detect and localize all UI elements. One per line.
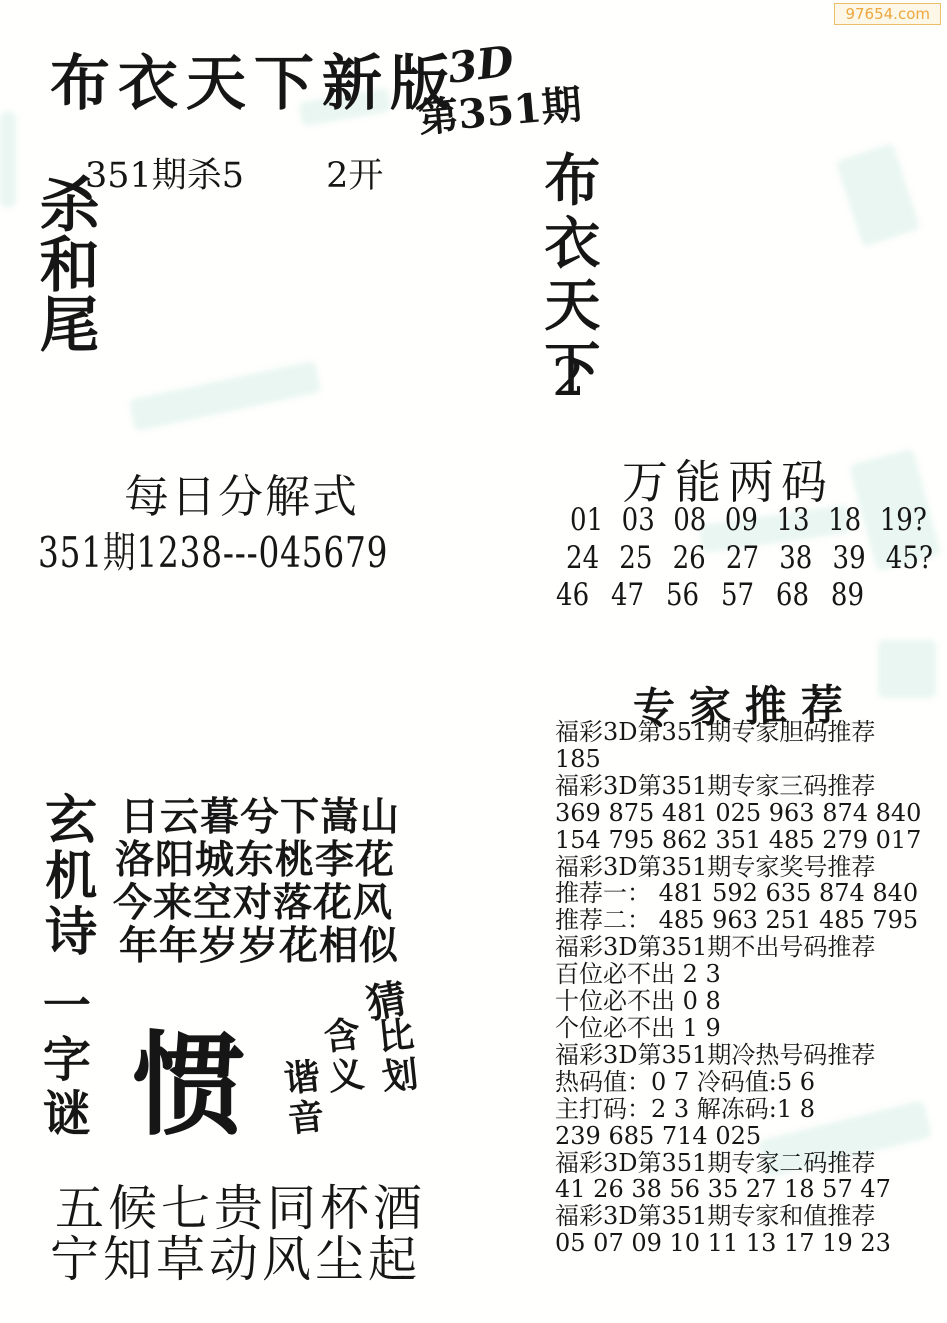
expert-line: 福彩3D第351期专家胆码推荐	[555, 719, 940, 746]
kill-line: 351期杀5 2开	[85, 148, 383, 198]
expert-line: 福彩3D第351期专家二码推荐	[555, 1150, 940, 1177]
code-cell: 38	[779, 540, 812, 576]
expert-line: 福彩3D第351期冷热号码推荐	[555, 1042, 940, 1069]
open-result-text: 2开	[326, 148, 383, 198]
code-cell: 25	[619, 540, 652, 576]
bottom-poem-line: 宁知草动风尘起	[50, 1221, 421, 1291]
site-watermark: 97654.com	[834, 3, 941, 25]
expert-line: 41 26 38 56 35 27 18 57 47	[555, 1176, 940, 1203]
code-cell: 39	[833, 540, 866, 576]
expert-line: 05 07 09 10 11 13 17 19 23	[555, 1230, 940, 1257]
code-cell: 27	[726, 540, 759, 576]
code-cell: 46	[556, 577, 589, 613]
watermark-smudge	[129, 361, 322, 432]
daily-decompose-formula: 351期1238---045679	[38, 520, 388, 580]
code-cell: 01	[570, 502, 603, 538]
code-cell: 08	[673, 502, 706, 538]
expert-line: 十位必不出 0 8	[555, 988, 940, 1015]
expert-line: 主打码：2 3 解冻码:1 8	[555, 1096, 940, 1123]
expert-line: 239 685 714 025	[555, 1123, 940, 1150]
expert-line: 个位必不出 1 9	[555, 1015, 940, 1042]
lottery-chart-sheet: 97654.com 布衣天下新版 3D 第351期 351期杀5 2开 杀和尾 …	[0, 0, 947, 1323]
code-cell: 26	[673, 540, 706, 576]
kill-sum-tail-label: 杀和尾	[36, 176, 103, 356]
expert-line: 热码值：0 7 冷码值:5 6	[555, 1069, 940, 1096]
expert-line: 百位必不出 2 3	[555, 961, 940, 988]
watermark-smudge	[878, 640, 936, 698]
expert-line: 福彩3D第351期专家和值推荐	[555, 1203, 940, 1230]
daily-decompose-title: 每日分解式	[124, 460, 359, 525]
expert-line: 福彩3D第351期专家三码推荐	[555, 773, 940, 800]
expert-line: 185	[555, 746, 940, 773]
code-cell: 68	[776, 577, 809, 613]
code-cell: 13	[776, 502, 809, 538]
two-codes-row: 24 25 26 27 38 39 45?	[566, 540, 933, 576]
kill-number-text: 351期杀5	[85, 148, 244, 198]
mystic-poem-line: 年年岁岁花相似	[119, 915, 399, 971]
watermark-smudge	[0, 112, 16, 207]
riddle-hint-strokes: 比划	[374, 1014, 423, 1098]
code-cell: 57	[721, 577, 754, 613]
code-cell: 45?	[886, 540, 933, 576]
expert-line: 推荐一： 481 592 635 874 840	[555, 880, 940, 907]
riddle-character: 惯	[133, 996, 245, 1157]
code-cell: 24	[566, 540, 599, 576]
expert-line: 369 875 481 025 963 874 840	[555, 800, 940, 827]
code-cell: 03	[622, 502, 655, 538]
code-cell: 47	[611, 577, 644, 613]
riddle-hint-homophone: 谐音	[280, 1056, 329, 1140]
riddle-hint-meaning: 含义	[320, 1014, 369, 1098]
expert-recommendation-list: 福彩3D第351期专家胆码推荐 185 福彩3D第351期专家三码推荐 369 …	[555, 719, 940, 1257]
code-cell: 56	[666, 577, 699, 613]
code-cell: 89	[831, 577, 864, 613]
two-codes-row: 46 47 56 57 68 89	[556, 577, 864, 613]
expert-line: 154 795 862 351 485 279 017	[555, 827, 940, 854]
riddle-label: 一字谜	[40, 980, 94, 1141]
mystic-poem-label: 玄机诗	[42, 793, 100, 961]
expert-line: 福彩3D第351期不出号码推荐	[555, 934, 940, 961]
expert-line: 推荐二： 485 963 251 485 795	[555, 907, 940, 934]
page-title: 布衣天下新版	[50, 36, 458, 122]
code-cell: 09	[725, 502, 758, 538]
code-cell: 18	[828, 502, 861, 538]
watermark-smudge	[836, 143, 921, 247]
code-cell: 19?	[880, 502, 927, 538]
two-codes-row: 01 03 08 09 13 18 19?	[570, 502, 927, 538]
brand-vertical-number: 2	[552, 348, 585, 408]
expert-line: 福彩3D第351期专家奖号推荐	[555, 854, 940, 881]
